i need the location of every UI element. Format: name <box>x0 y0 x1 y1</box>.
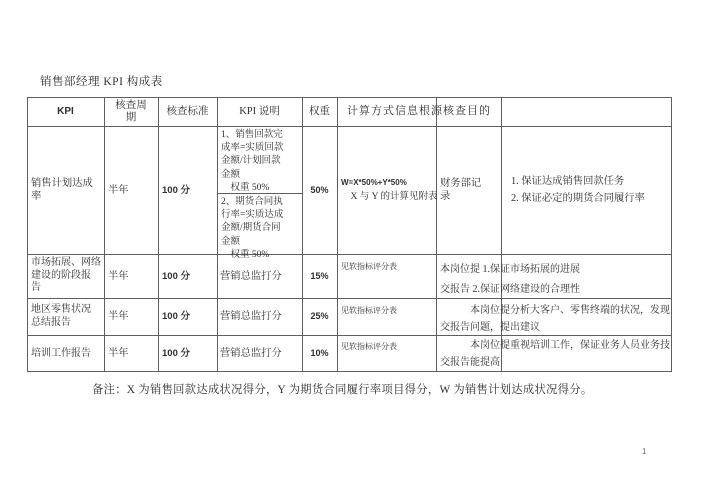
cell-source-purpose: 本岗位提重视培训工作，保证业务人员业务技 交报告能提高 <box>436 335 672 371</box>
cell-calc-method: 见软指标评分表 <box>337 335 436 371</box>
cell-kpi-desc-item2: 2、期货合同执 行率=实质达成 金额/期货合同 金额 权重 50% <box>217 193 302 254</box>
header-calc-label: 计算方式 <box>347 105 395 118</box>
cell-period: 半年 <box>104 298 158 335</box>
table-row: 培训工作报告 半年 100 分 营销总监打分 10% 见软指标评分表 本岗位提重… <box>27 335 672 371</box>
cell-standard: 100 分 <box>158 335 217 371</box>
cell-info-source: 财务部记 录 <box>436 126 501 254</box>
cell-period: 半年 <box>104 126 158 254</box>
cell-period: 半年 <box>104 335 158 371</box>
cell-standard: 100 分 <box>158 254 217 298</box>
cell-kpi: 市场拓展、网络 建设的阶段报 告 <box>27 254 104 298</box>
cell-weight: 10% <box>302 335 337 371</box>
cell-weight: 50% <box>302 126 337 254</box>
cell-period: 半年 <box>104 254 158 298</box>
kpi-table: KPI 核查周 期 核查标准 KPI 说明 权重 计算方式信息根源核查目的 销售… <box>27 97 672 372</box>
cell-kpi: 培训工作报告 <box>27 335 104 371</box>
table-row: 市场拓展、网络 建设的阶段报 告 半年 100 分 营销总监打分 15% 见软指… <box>27 254 672 298</box>
header-weight: 权重 <box>302 97 337 126</box>
cell-weight: 15% <box>302 254 337 298</box>
cell-kpi: 地区零售状况 总结报告 <box>27 298 104 335</box>
cell-kpi-desc-item1: 1、销售回款完 成率=实质回款 金额/计划回款 金额 权重 50% <box>217 126 302 193</box>
header-calc-source-purpose: 计算方式信息根源核查目的 <box>337 97 501 126</box>
doc-title: 销售部经理 KPI 构成表 <box>40 73 163 89</box>
cell-calc-method: 见软指标评分表 <box>337 254 436 298</box>
table-border <box>27 371 672 372</box>
cell-kpi-desc: 营销总监打分 <box>217 335 302 371</box>
table-row: 销售计划达成 率 半年 100 分 1、销售回款完 成率=实质回款 金额/计划回… <box>27 126 672 254</box>
cell-calc-method: W=X*50%+Y*50% X 与 Y 的计算见附表 <box>337 126 436 254</box>
table-row: 地区零售状况 总结报告 半年 100 分 营销总监打分 25% 见软指标评分表 … <box>27 298 672 335</box>
header-purpose-label: 核查目的 <box>443 105 491 118</box>
cell-calc-method: 见软指标评分表 <box>337 298 436 335</box>
calc-formula: W=X*50%+Y*50% <box>341 176 407 190</box>
calc-note: X 与 Y 的计算见附表 <box>341 190 438 204</box>
header-source-label: 信息根源 <box>395 105 443 118</box>
table-header-row: KPI 核查周 期 核查标准 KPI 说明 权重 计算方式信息根源核查目的 <box>27 97 672 126</box>
cell-standard: 100 分 <box>158 298 217 335</box>
cell-weight: 25% <box>302 298 337 335</box>
header-kpi: KPI <box>27 97 104 126</box>
cell-kpi-desc: 营销总监打分 <box>217 254 302 298</box>
header-period: 核查周 期 <box>104 97 158 126</box>
cell-source-purpose: 本岗位提分析大客户、零售终端的状况，发现 交报告问题，提出建议 <box>436 298 672 335</box>
cell-standard: 100 分 <box>158 126 217 254</box>
header-kpi-desc: KPI 说明 <box>217 97 302 126</box>
cell-kpi: 销售计划达成 率 <box>27 126 104 254</box>
footer-note: 备注：X 为销售回款达成状况得分，Y 为期货合同履行率项目得分，W 为销售计划达… <box>92 381 593 397</box>
document-page: 销售部经理 KPI 构成表 KPI 核查周 期 核查标准 KPI 说明 权重 计… <box>0 0 708 500</box>
header-standard: 核查标准 <box>158 97 217 126</box>
cell-source-purpose: 本岗位提 1.保证市场拓展的进展 交报告 2.保证网络建设的合理性 <box>436 254 672 298</box>
cell-kpi-desc: 营销总监打分 <box>217 298 302 335</box>
cell-check-purpose: 1. 保证达成销售回款任务 2. 保证必定的期货合同履行率 <box>501 126 672 254</box>
page-number: 1 <box>642 447 646 456</box>
